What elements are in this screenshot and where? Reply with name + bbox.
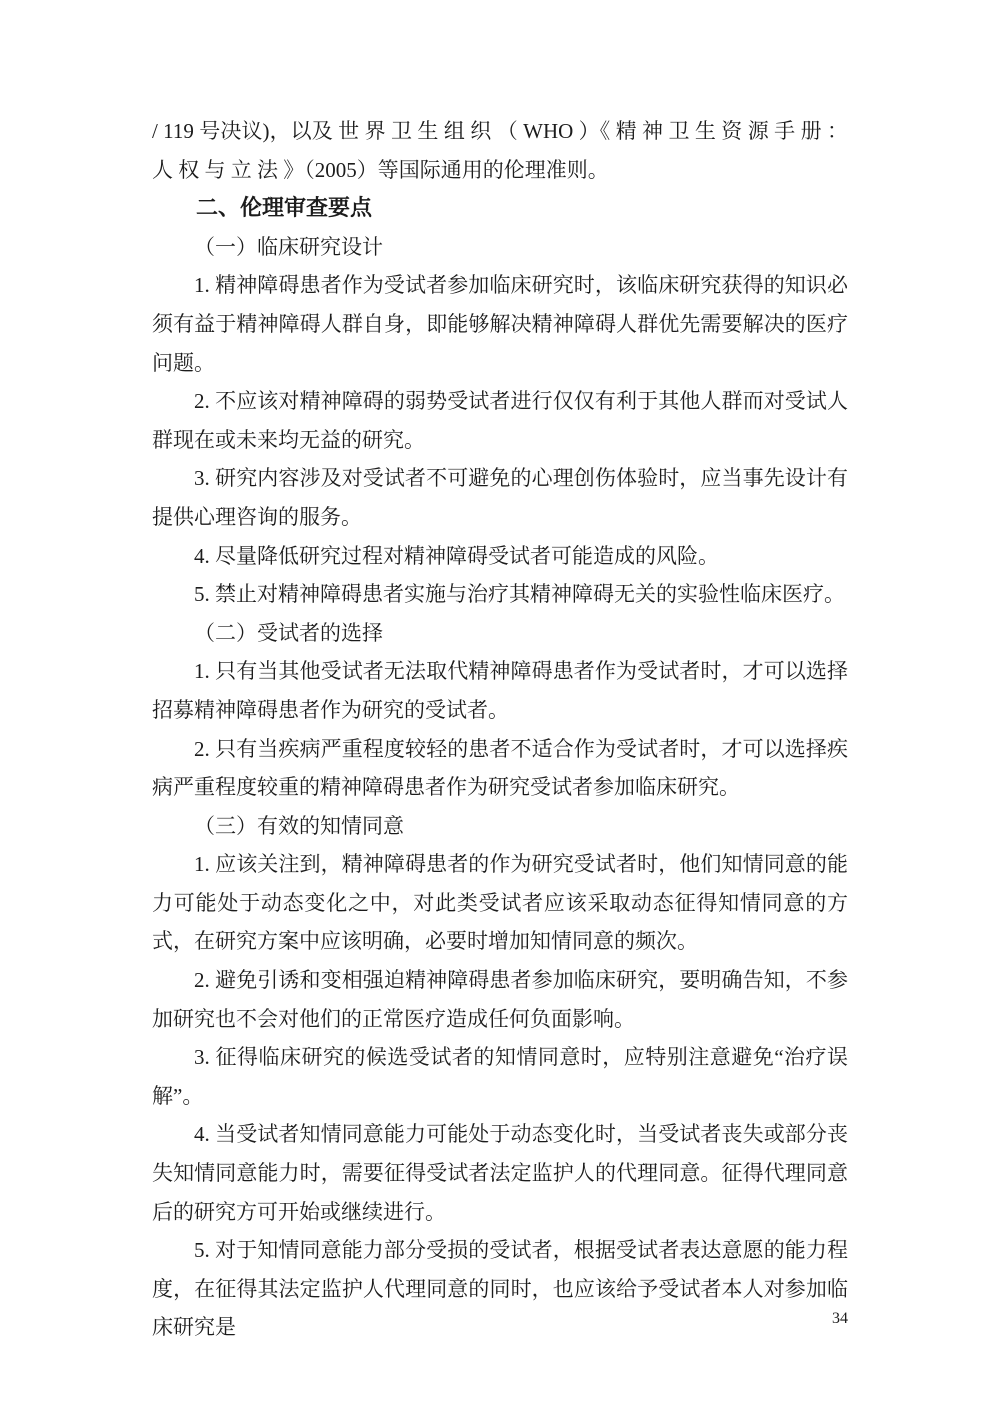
body-paragraph: 2. 避免引诱和变相强迫精神障碍患者参加临床研究，要明确告知，不参加研究也不会对… bbox=[152, 961, 848, 1038]
subsection-heading-2: （二）受试者的选择 bbox=[152, 614, 848, 653]
body-paragraph: 5. 禁止对精神障碍患者实施与治疗其精神障碍无关的实验性临床医疗。 bbox=[152, 575, 848, 614]
document-page: / 119 号决议)，以及 世 界 卫 生 组 织 （ WHO ）《 精 神 卫… bbox=[0, 0, 1000, 1413]
body-paragraph: 3. 征得临床研究的候选受试者的知情同意时，应特别注意避免“治疗误解”。 bbox=[152, 1038, 848, 1115]
body-paragraph: 1. 精神障碍患者作为受试者参加临床研究时，该临床研究获得的知识必须有益于精神障… bbox=[152, 266, 848, 382]
continuation-paragraph: / 119 号决议)，以及 世 界 卫 生 组 织 （ WHO ）《 精 神 卫… bbox=[152, 112, 848, 189]
body-paragraph: 4. 尽量降低研究过程对精神障碍受试者可能造成的风险。 bbox=[152, 537, 848, 576]
section-heading: 二、伦理审查要点 bbox=[152, 189, 848, 228]
subsection-heading-1: （一）临床研究设计 bbox=[152, 228, 848, 267]
body-paragraph: 1. 应该关注到，精神障碍患者的作为研究受试者时，他们知情同意的能力可能处于动态… bbox=[152, 845, 848, 961]
body-paragraph: 3. 研究内容涉及对受试者不可避免的心理创伤体验时，应当事先设计有提供心理咨询的… bbox=[152, 459, 848, 536]
subsection-heading-3: （三）有效的知情同意 bbox=[152, 807, 848, 846]
page-number: 34 bbox=[832, 1309, 848, 1329]
body-paragraph: 5. 对于知情同意能力部分受损的受试者，根据受试者表达意愿的能力程度，在征得其法… bbox=[152, 1231, 848, 1347]
body-paragraph: 2. 不应该对精神障碍的弱势受试者进行仅仅有利于其他人群而对受试人群现在或未来均… bbox=[152, 382, 848, 459]
body-paragraph: 1. 只有当其他受试者无法取代精神障碍患者作为受试者时，才可以选择招募精神障碍患… bbox=[152, 652, 848, 729]
body-paragraph: 2. 只有当疾病严重程度较轻的患者不适合作为受试者时，才可以选择疾病严重程度较重… bbox=[152, 730, 848, 807]
page-content: / 119 号决议)，以及 世 界 卫 生 组 织 （ WHO ）《 精 神 卫… bbox=[152, 112, 848, 1347]
body-paragraph: 4. 当受试者知情同意能力可能处于动态变化时，当受试者丧失或部分丧失知情同意能力… bbox=[152, 1115, 848, 1231]
